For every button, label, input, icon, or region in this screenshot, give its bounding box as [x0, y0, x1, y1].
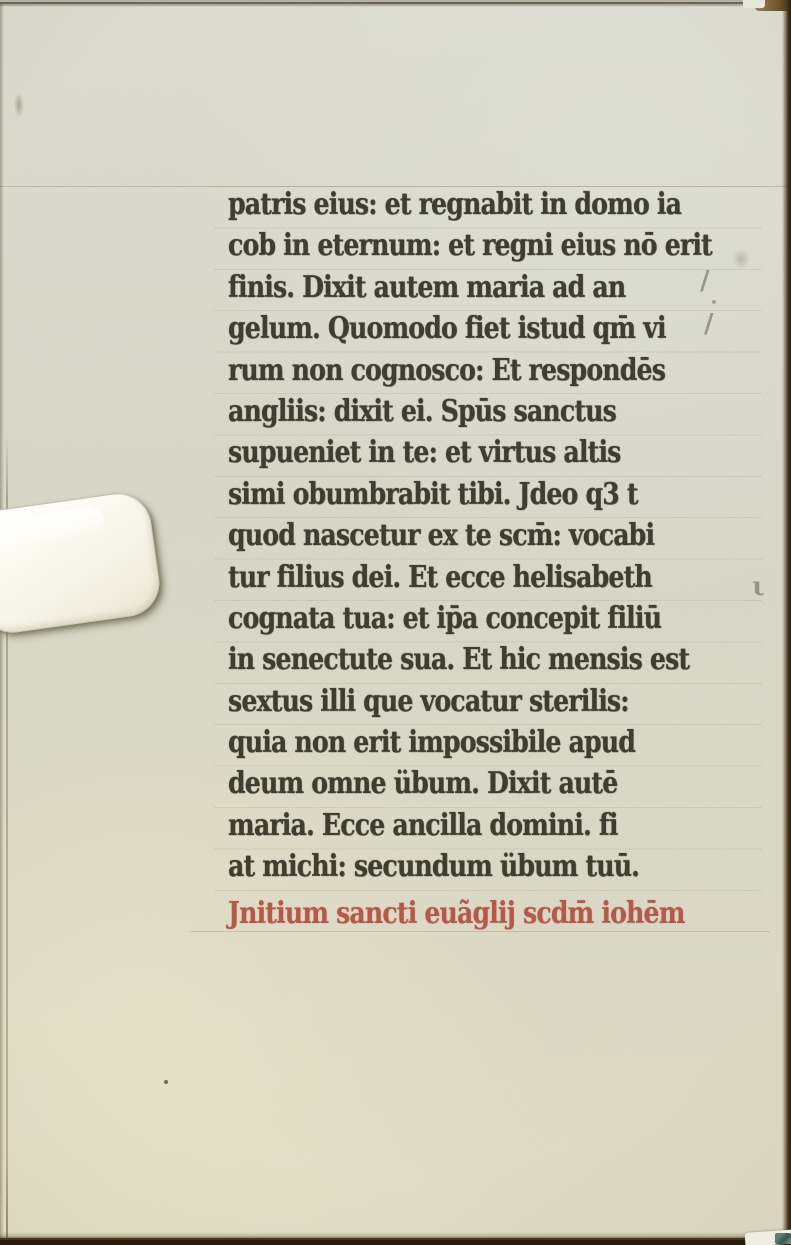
- text-line: tur filius dei. Et ecce helisabeth: [228, 557, 698, 598]
- binding-right-edge: [782, 0, 791, 1245]
- clip-highlight: [0, 504, 106, 554]
- text-line: patris eius: et regnabit in domo ia: [228, 184, 698, 225]
- text-block: patris eius: et regnabit in domo iacob i…: [228, 184, 788, 934]
- page-edge-notch: [743, 0, 765, 8]
- text-line: finis. Dixit autem maria ad an: [228, 267, 698, 308]
- binding-bottom-edge: [0, 1236, 791, 1245]
- margin-mark: ι: [752, 572, 765, 602]
- text-line: angliis: dixit ei. Spūs sanctus: [228, 391, 698, 432]
- text-line: quia non erit impossibile apud: [228, 722, 698, 763]
- ink-speck: [712, 300, 716, 304]
- text-line: rum non cognosco: Et respondēs: [228, 350, 698, 391]
- text-line: simi obumbrabit tibi. Jdeo q3 t: [228, 474, 698, 515]
- text-line: at michi: secundum übum tuū.: [228, 846, 698, 887]
- rubric-line: Jnitium sancti euãglij scdm̄ iohēm: [228, 893, 698, 934]
- margin-mark: /: [700, 266, 710, 296]
- text-line: supueniet in te: et virtus altis: [228, 432, 698, 473]
- text-line: sextus illi que vocatur sterilis:: [228, 681, 698, 722]
- page-top-edge: [0, 0, 791, 7]
- text-line: deum omne übum. Dixit autē: [228, 763, 698, 804]
- text-line: cob in eternum: et regni eius nō erit: [228, 225, 698, 266]
- text-line: gelum. Quomodo fiet istud qm̄ vi: [228, 308, 698, 349]
- manuscript-photo: patris eius: et regnabit in domo iacob i…: [0, 0, 791, 1245]
- text-line: cognata tua: et ip̄a concepit filiū: [228, 598, 698, 639]
- text-line: quod nascetur ex te scm̄: vocabi: [228, 515, 698, 556]
- text-line: in senectute sua. Et hic mensis est: [228, 639, 698, 680]
- text-line: maria. Ecce ancilla domini. fi: [228, 805, 698, 846]
- ink-speck: [164, 1080, 168, 1084]
- parchment-page: patris eius: et regnabit in domo iacob i…: [0, 4, 791, 1245]
- binding-fabric-fleck: [775, 1233, 791, 1244]
- margin-mark: /: [704, 309, 714, 339]
